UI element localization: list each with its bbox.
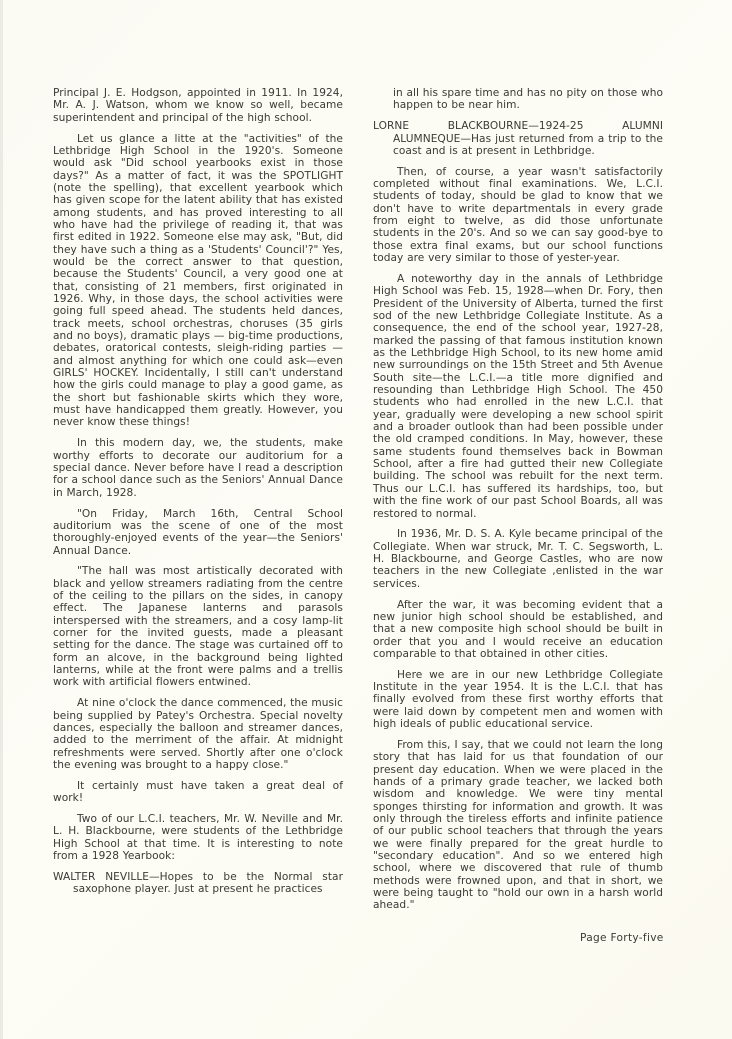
paragraph: Two of our L.C.I. teachers, Mr. W. Nevil… [53,813,343,862]
paragraph: After the war, it was becoming evident t… [373,599,663,661]
page-edge [0,0,3,1039]
yearbook-entry-continuation: in all his spare time and has no pity on… [373,87,663,112]
yearbook-entry: WALTER NEVILLE—Hopes to be the Normal st… [53,871,343,896]
yearbook-entry: LORNE BLACKBOURNE—1924-25 ALUMNI ALUMNEQ… [373,120,663,157]
paragraph: "On Friday, March 16th, Central School a… [53,508,343,557]
paragraph: From this, I say, that we could not lear… [373,739,663,912]
paragraph: A noteworthy day in the annals of Lethbr… [373,273,663,520]
paragraph: At nine o'clock the dance commenced, the… [53,697,343,771]
paragraph: In 1936, Mr. D. S. A. Kyle became princi… [373,528,663,590]
paragraph: Here we are in our new Lethbridge Colleg… [373,669,663,731]
paragraph: Let us glance a litte at the "activities… [53,133,343,429]
paragraph: Principal J. E. Hodgson, appointed in 19… [53,87,343,124]
paragraph: In this modern day, we, the students, ma… [53,437,343,499]
left-column: Principal J. E. Hodgson, appointed in 19… [53,87,343,904]
page-number: Page Forty-five [580,932,664,944]
paragraph: "The hall was most artistically decorate… [53,565,343,688]
right-column: in all his spare time and has no pity on… [373,87,663,920]
paragraph: Then, of course, a year wasn't satisfact… [373,166,663,265]
paragraph: It certainly must have taken a great dea… [53,780,343,805]
